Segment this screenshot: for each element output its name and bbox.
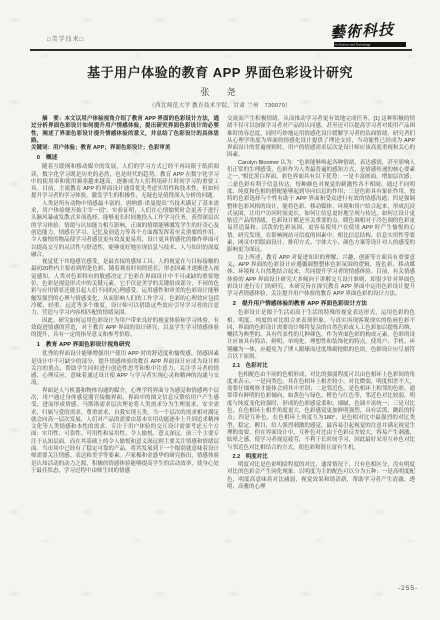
body-paragraph: 色相配色由不同的色相形成，对比的强弱程度可以由色相环上色彩间的角度来表示。一是同… <box>227 372 415 452</box>
keywords-line: 关键词：用户体验；教育 APP；界面色彩设计；色彩审美 <box>31 145 219 152</box>
body-paragraph: 界面是人与机器和物体沟通的媒介，心理学将界面分为感觉和情感两个层次，用户通过身体… <box>31 388 219 476</box>
body-paragraph: Carolyn Bloomer 认为：“色彩能够唤起各种情绪，表达感情，甚至影响… <box>227 160 415 255</box>
section-heading-0-overview: 0 概述 <box>31 155 219 162</box>
journal-logo-calligraphy: 藝術科技 <box>329 18 394 42</box>
keywords-text: 用户体验；教育 APP；界面色彩设计；色彩审美 <box>53 145 170 151</box>
body-paragraph: 人类是所有动物中情感最丰富的，唐纳德·诺曼提出“当技术满足了基本需求，用户体验便… <box>31 201 219 259</box>
journal-logo: 藝術科技 Art Science and Technology <box>330 20 410 47</box>
left-column: 摘 要：本文以用户体验视角介绍了教育 APP 界面的色彩设计方法，通过分析界面色… <box>31 116 219 475</box>
subsection-heading-2-1-hue-contrast: 2.1 色彩对比 <box>227 363 415 370</box>
body-paragraph-continuation: 交流而产生积极情绪，从而推动学习者更有效地完成任务。[1] 这种积极的情绪不仅可… <box>227 116 415 160</box>
author-affiliation: （西北师范大学 教育技术学院，甘肃 兰州 730070） <box>0 101 440 109</box>
body-paragraph: 明度对比是色彩明暗程度的对比，通常情况下，只有色相区分，没有明度对比的色彩会产生… <box>227 462 415 491</box>
journal-logo-subtitle: Art Science and Technology <box>334 43 371 46</box>
journal-logo-banner: Art Science and Technology <box>334 42 406 47</box>
keywords-label: 关键词： <box>31 145 53 151</box>
author-name: 张 尧 <box>0 85 440 98</box>
header-divider <box>30 49 412 51</box>
body-paragraph: 优秀的界面设计能够增强用户使用 APP 时的舒适度和愉悦感，情感因素是设计中不可… <box>31 351 219 387</box>
body-paragraph: 综上所述，教育 APP 对促进知识的理解、兴趣、创新等方面具有重要意义，APP … <box>227 255 415 299</box>
section-heading-1-perspective: 1 教育 APP 界面色彩设计视角研究 <box>31 342 219 349</box>
right-column: 交流而产生积极情绪，从而推动学习者更有效地完成任务。[1] 这种积极的情绪不仅可… <box>227 116 415 491</box>
scanned-paper-page: □美学技术□ 藝術科技 Art Science and Technology 基… <box>0 0 440 620</box>
body-paragraph: 色彩设计是源于生活而高于生活的特殊的视觉表达形式，运用色彩的色相、明度、纯度的对… <box>227 310 415 361</box>
abstract-paragraph: 摘 要：本文以用户体验视角介绍了教育 APP 界面的色彩设计方法，通过分析界面色… <box>31 116 219 145</box>
paper-title: 基于用户体验的教育 APP 界面色彩设计研究 <box>0 62 440 81</box>
abstract-label: 摘 要： <box>42 116 64 122</box>
column-category-label: □美学技术□ <box>47 34 84 43</box>
section-heading-2-methods: 2 提升用户情感体验的教育 APP 界面色彩设计方法 <box>227 301 415 308</box>
body-paragraph: 视觉优于其他感官感受，是最直接的感知工具。人的视觉在与目标接触的最初20秒内主要… <box>31 259 219 317</box>
subsection-heading-2-2-brightness-contrast: 2.2 明度对比 <box>227 454 415 461</box>
body-paragraph: 因此，研究如何运用色彩设计为用户带来良好的视觉体验和学习体验，有效促进情感的营造… <box>31 318 219 340</box>
body-paragraph: 随着互联网和移动媒介的发展，人们的学习方式已经不再局限于纸质阅读，数字化学习既是… <box>31 164 219 200</box>
page-number: -255- <box>398 585 418 592</box>
